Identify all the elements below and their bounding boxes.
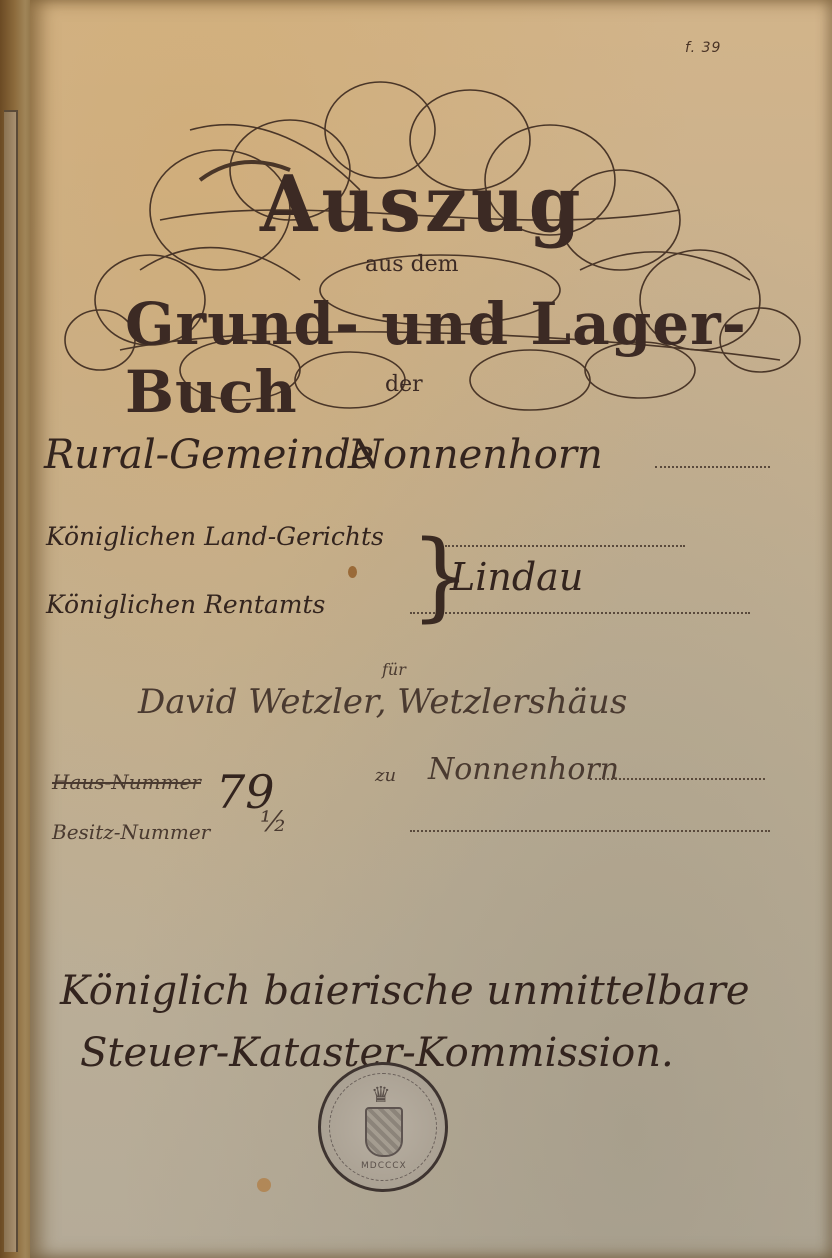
location-value: Nonnenhorn (428, 752, 619, 787)
underlying-page-edge (4, 110, 18, 1252)
jurisdiction-value: Lindau (450, 555, 583, 599)
title-der: der (385, 372, 423, 397)
house-number-suffix: ½ (260, 805, 287, 838)
document-page: f. 39 Auszug aus dem Grund- und Lager-Bu… (30, 0, 832, 1258)
location-prefix: zu (375, 765, 396, 786)
title-grund-und-lager-buch: Grund- und Lager-Buch (125, 290, 832, 426)
rentamt-label: Königlichen Rentamts (46, 590, 325, 619)
owner-name: David Wetzler, Wetzlershäus (138, 682, 627, 722)
besitz-nummer-label: Besitz-Nummer (52, 820, 210, 844)
paper-stain (348, 566, 357, 578)
page-number: f. 39 (685, 40, 721, 56)
municipality-label: Rural-Gemeinde (44, 432, 374, 478)
title-auszug: Auszug (260, 166, 584, 244)
land-gericht-label: Königlichen Land-Gerichts (46, 522, 384, 551)
dotted-fill-line (410, 830, 770, 832)
paper-stain (257, 1178, 271, 1192)
dotted-fill-line (655, 466, 770, 468)
coat-of-arms-icon (365, 1107, 403, 1157)
authority-line-1: Königlich baierische unmittelbare (60, 968, 750, 1014)
official-seal: ♛ MDCCCX (318, 1062, 448, 1192)
dotted-fill-line (445, 545, 685, 547)
crown-icon: ♛ (371, 1083, 391, 1108)
title-aus-dem: aus dem (365, 252, 459, 277)
hausnummer-label: Haus-Nummer (52, 770, 201, 794)
dotted-fill-line (590, 778, 765, 780)
seal-text: MDCCCX (361, 1161, 407, 1171)
fuer-label: für (382, 660, 406, 679)
municipality-value: Nonnenhorn (348, 432, 603, 478)
